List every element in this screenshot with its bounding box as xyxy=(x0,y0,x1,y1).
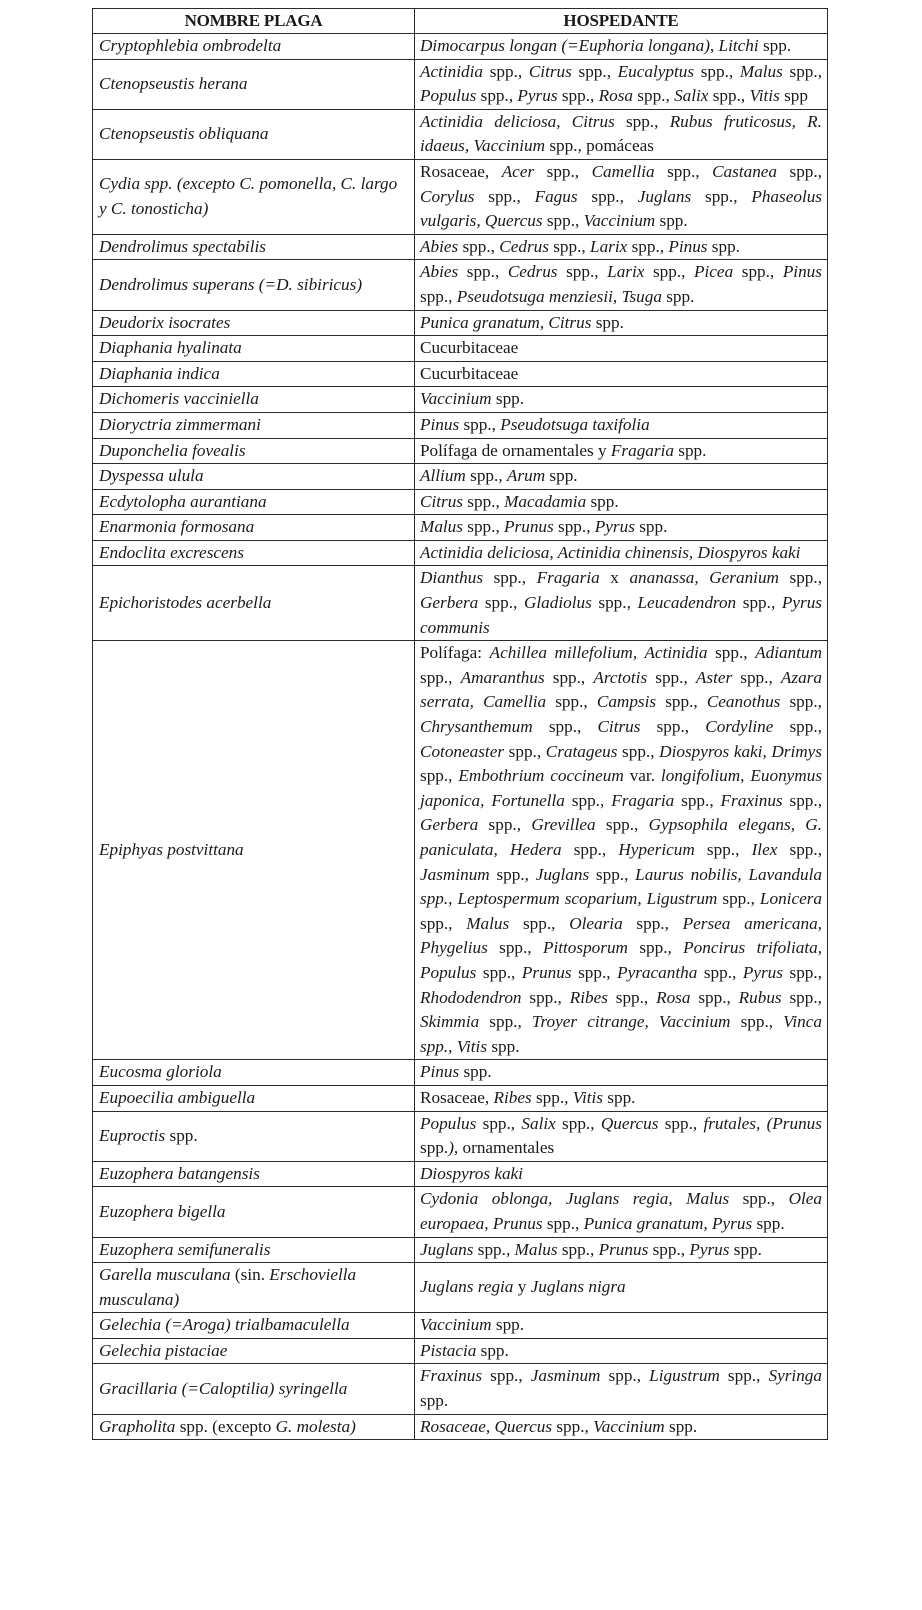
host-cell: Polífaga de ornamentales y Fragaria spp. xyxy=(415,438,828,464)
pest-name-cell: Eucosma gloriola xyxy=(93,1060,415,1086)
host-cell: Rosaceae, Quercus spp., Vaccinium spp. xyxy=(415,1414,828,1440)
host-cell: Cucurbitaceae xyxy=(415,361,828,387)
pest-name-cell: Garella musculana (sin. Erschoviella mus… xyxy=(93,1263,415,1313)
table-row: Euproctis spp.Populus spp., Salix spp., … xyxy=(93,1111,828,1161)
pest-name-cell: Gelechia (=Aroga) trialbamaculella xyxy=(93,1313,415,1339)
pest-name-cell: Euzophera bigella xyxy=(93,1187,415,1237)
host-cell: Populus spp., Salix spp., Quercus spp., … xyxy=(415,1111,828,1161)
table-row: Endoclita excrescensActinidia deliciosa,… xyxy=(93,540,828,566)
host-cell: Punica granatum, Citrus spp. xyxy=(415,310,828,336)
pest-name-cell: Eupoecilia ambiguella xyxy=(93,1085,415,1111)
pest-name-cell: Euzophera batangensis xyxy=(93,1161,415,1187)
host-cell: Abies spp., Cedrus spp., Larix spp., Pic… xyxy=(415,260,828,310)
host-cell: Juglans regia y Juglans nigra xyxy=(415,1263,828,1313)
table-row: Deudorix isocratesPunica granatum, Citru… xyxy=(93,310,828,336)
host-cell: Citrus spp., Macadamia spp. xyxy=(415,489,828,515)
table-row: Dendrolimus superans (=D. sibiricus)Abie… xyxy=(93,260,828,310)
host-cell: Allium spp., Arum spp. xyxy=(415,464,828,490)
pest-name-cell: Diaphania hyalinata xyxy=(93,336,415,362)
host-cell: Cucurbitaceae xyxy=(415,336,828,362)
pest-name-cell: Ecdytolopha aurantiana xyxy=(93,489,415,515)
pest-name-cell: Epichoristodes acerbella xyxy=(93,566,415,641)
pest-name-cell: Deudorix isocrates xyxy=(93,310,415,336)
table-row: Diaphania indicaCucurbitaceae xyxy=(93,361,828,387)
host-cell: Abies spp., Cedrus spp., Larix spp., Pin… xyxy=(415,234,828,260)
table-row: Cydia spp. (excepto C. pomonella, C. lar… xyxy=(93,159,828,234)
table-row: Duponchelia fovealisPolífaga de ornament… xyxy=(93,438,828,464)
pest-name-cell: Dioryctria zimmermani xyxy=(93,412,415,438)
table-row: Dyspessa ululaAllium spp., Arum spp. xyxy=(93,464,828,490)
table-row: Gelechia (=Aroga) trialbamaculellaVaccin… xyxy=(93,1313,828,1339)
table-row: Garella musculana (sin. Erschoviella mus… xyxy=(93,1263,828,1313)
host-cell: Dianthus spp., Fragaria x ananassa, Gera… xyxy=(415,566,828,641)
header-host: HOSPEDANTE xyxy=(415,9,828,34)
host-cell: Diospyros kaki xyxy=(415,1161,828,1187)
host-cell: Polífaga: Achillea millefolium, Actinidi… xyxy=(415,641,828,1060)
pest-name-cell: Euzophera semifuneralis xyxy=(93,1237,415,1263)
table-row: Dichomeris vacciniellaVaccinium spp. xyxy=(93,387,828,413)
host-cell: Malus spp., Prunus spp., Pyrus spp. xyxy=(415,515,828,541)
table-header-row: NOMBRE PLAGA HOSPEDANTE xyxy=(93,9,828,34)
host-cell: Dimocarpus longan (=Euphoria longana), L… xyxy=(415,34,828,60)
pest-name-cell: Cryptophlebia ombrodelta xyxy=(93,34,415,60)
pest-name-cell: Gelechia pistaciae xyxy=(93,1338,415,1364)
host-cell: Rosaceae, Ribes spp., Vitis spp. xyxy=(415,1085,828,1111)
pest-host-document: NOMBRE PLAGA HOSPEDANTE Cryptophlebia om… xyxy=(92,8,827,1440)
table-row: Ecdytolopha aurantianaCitrus spp., Macad… xyxy=(93,489,828,515)
pest-name-cell: Gracillaria (=Caloptilia) syringella xyxy=(93,1364,415,1414)
host-cell: Pinus spp., Pseudotsuga taxifolia xyxy=(415,412,828,438)
pest-name-cell: Euproctis spp. xyxy=(93,1111,415,1161)
host-cell: Vaccinium spp. xyxy=(415,1313,828,1339)
table-row: Diaphania hyalinataCucurbitaceae xyxy=(93,336,828,362)
table-row: Euzophera bigellaCydonia oblonga, Juglan… xyxy=(93,1187,828,1237)
host-cell: Cydonia oblonga, Juglans regia, Malus sp… xyxy=(415,1187,828,1237)
table-row: Enarmonia formosanaMalus spp., Prunus sp… xyxy=(93,515,828,541)
host-cell: Juglans spp., Malus spp., Prunus spp., P… xyxy=(415,1237,828,1263)
host-cell: Vaccinium spp. xyxy=(415,387,828,413)
pest-name-cell: Epiphyas postvittana xyxy=(93,641,415,1060)
host-cell: Pistacia spp. xyxy=(415,1338,828,1364)
host-cell: Actinidia deliciosa, Actinidia chinensis… xyxy=(415,540,828,566)
host-cell: Fraxinus spp., Jasminum spp., Ligustrum … xyxy=(415,1364,828,1414)
pest-name-cell: Dendrolimus superans (=D. sibiricus) xyxy=(93,260,415,310)
pest-name-cell: Ctenopseustis herana xyxy=(93,59,415,109)
table-row: Dioryctria zimmermaniPinus spp., Pseudot… xyxy=(93,412,828,438)
table-row: Epichoristodes acerbellaDianthus spp., F… xyxy=(93,566,828,641)
table-row: Gracillaria (=Caloptilia) syringellaFrax… xyxy=(93,1364,828,1414)
table-row: Ctenopseustis obliquanaActinidia delicio… xyxy=(93,109,828,159)
table-row: Eupoecilia ambiguellaRosaceae, Ribes spp… xyxy=(93,1085,828,1111)
host-cell: Actinidia spp., Citrus spp., Eucalyptus … xyxy=(415,59,828,109)
host-cell: Rosaceae, Acer spp., Camellia spp., Cast… xyxy=(415,159,828,234)
pest-name-cell: Dendrolimus spectabilis xyxy=(93,234,415,260)
table-row: Dendrolimus spectabilis Abies spp., Cedr… xyxy=(93,234,828,260)
pest-name-cell: Diaphania indica xyxy=(93,361,415,387)
pest-name-cell: Ctenopseustis obliquana xyxy=(93,109,415,159)
table-row: Euzophera semifuneralisJuglans spp., Mal… xyxy=(93,1237,828,1263)
table-row: Gelechia pistaciaePistacia spp. xyxy=(93,1338,828,1364)
host-cell: Pinus spp. xyxy=(415,1060,828,1086)
table-row: Grapholita spp. (excepto G. molesta)Rosa… xyxy=(93,1414,828,1440)
table-row: Eucosma gloriolaPinus spp. xyxy=(93,1060,828,1086)
header-pest-name: NOMBRE PLAGA xyxy=(93,9,415,34)
pest-name-cell: Grapholita spp. (excepto G. molesta) xyxy=(93,1414,415,1440)
table-row: Ctenopseustis heranaActinidia spp., Citr… xyxy=(93,59,828,109)
table-row: Euzophera batangensisDiospyros kaki xyxy=(93,1161,828,1187)
table-body: Cryptophlebia ombrodeltaDimocarpus longa… xyxy=(93,34,828,1440)
pest-name-cell: Endoclita excrescens xyxy=(93,540,415,566)
pest-host-table: NOMBRE PLAGA HOSPEDANTE Cryptophlebia om… xyxy=(92,8,828,1440)
table-row: Epiphyas postvittanaPolífaga: Achillea m… xyxy=(93,641,828,1060)
pest-name-cell: Dyspessa ulula xyxy=(93,464,415,490)
pest-name-cell: Cydia spp. (excepto C. pomonella, C. lar… xyxy=(93,159,415,234)
pest-name-cell: Dichomeris vacciniella xyxy=(93,387,415,413)
table-row: Cryptophlebia ombrodeltaDimocarpus longa… xyxy=(93,34,828,60)
host-cell: Actinidia deliciosa, Citrus spp., Rubus … xyxy=(415,109,828,159)
pest-name-cell: Duponchelia fovealis xyxy=(93,438,415,464)
pest-name-cell: Enarmonia formosana xyxy=(93,515,415,541)
